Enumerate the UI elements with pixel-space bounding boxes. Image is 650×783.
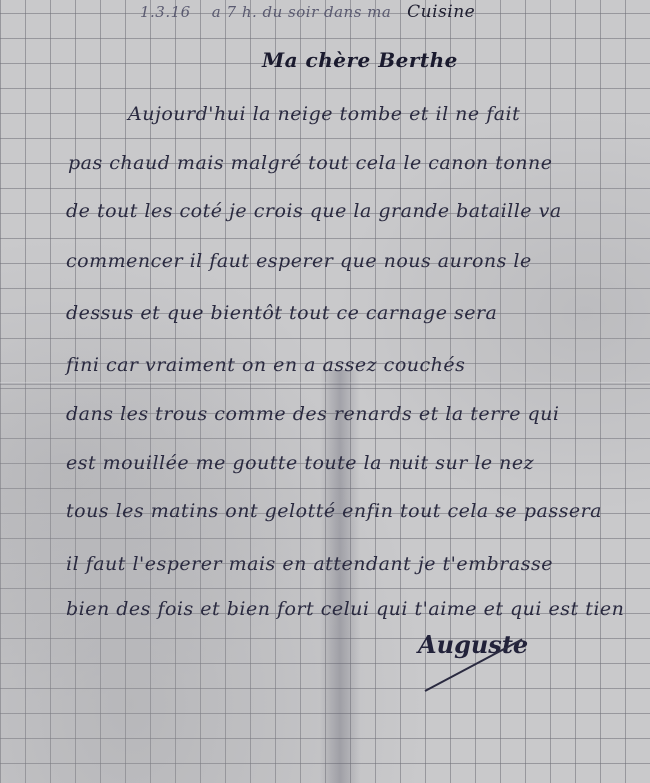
body-line-11: bien des fois et bien fort celui qui t'a… bbox=[66, 598, 624, 620]
body-line-9: tous les matins ont gelotté enfin tout c… bbox=[66, 500, 602, 522]
letter-page: 1.3.16 a 7 h. du soir dans ma Cuisine Ma… bbox=[0, 0, 650, 783]
body-line-1: Aujourd'hui la neige tombe et il ne fait bbox=[128, 103, 520, 125]
letter-place: Cuisine bbox=[407, 2, 475, 22]
body-line-6: fini car vraiment on en a assez couchés bbox=[66, 354, 465, 376]
letter-time-place: a 7 h. du soir dans ma bbox=[212, 3, 392, 21]
paper-fold-stain bbox=[320, 370, 360, 783]
body-line-5: dessus et que bientôt tout ce carnage se… bbox=[66, 302, 497, 324]
body-line-2: pas chaud mais malgré tout cela le canon… bbox=[68, 152, 552, 174]
letter-header: 1.3.16 a 7 h. du soir dans ma Cuisine bbox=[140, 2, 475, 22]
body-line-10: il faut l'esperer mais en attendant je t… bbox=[66, 553, 553, 575]
letter-date: 1.3.16 bbox=[140, 3, 191, 21]
body-line-8: est mouillée me goutte toute la nuit sur… bbox=[66, 452, 534, 474]
body-line-7: dans les trous comme des renards et la t… bbox=[66, 403, 560, 425]
body-line-3: de tout les coté je crois que la grande … bbox=[66, 200, 562, 222]
salutation: Ma chère Berthe bbox=[262, 48, 458, 72]
body-line-4: commencer il faut esperer que nous auron… bbox=[66, 250, 532, 272]
